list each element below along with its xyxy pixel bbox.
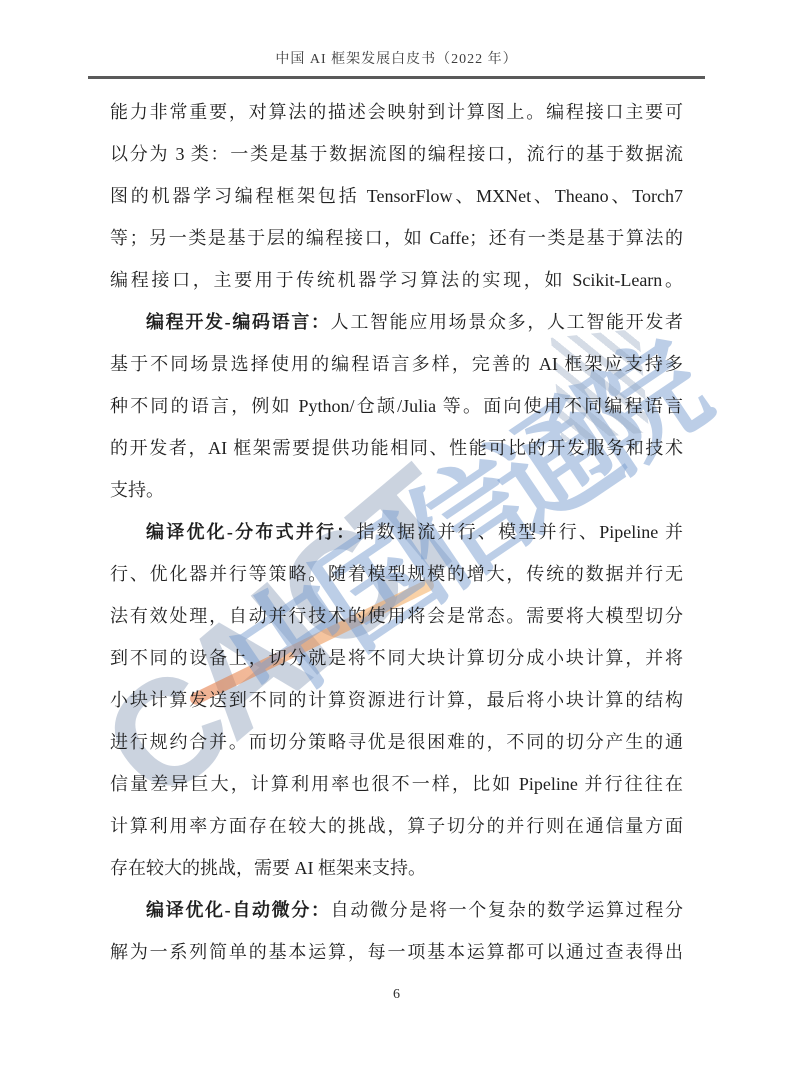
document-page: 中国 AI 框架发展白皮书（2022 年） CAICT 中国信通院 能力非常重要… xyxy=(0,0,793,1077)
body-line: 编译优化-自动微分：自动微分是将一个复杂的数学运算过程分 xyxy=(110,889,683,931)
body-line: 基于不同场景选择使用的编程语言多样，完善的 AI 框架应支持多 xyxy=(110,343,683,385)
body-line: 的开发者，AI 框架需要提供功能相同、性能可比的开发服务和技术 xyxy=(110,427,683,469)
header-rule xyxy=(88,76,705,79)
body-line-text: 人工智能应用场景众多，人工智能开发者 xyxy=(331,312,683,332)
body-line: 法有效处理，自动并行技术的使用将会是常态。需要将大模型切分 xyxy=(110,595,683,637)
body-line-text: 自动微分是将一个复杂的数学运算过程分 xyxy=(331,900,683,920)
body-line: 以分为 3 类：一类是基于数据流图的编程接口，流行的基于数据流 xyxy=(110,133,683,175)
body-line: 图的机器学习编程框架包括 TensorFlow、MXNet、Theano、Tor… xyxy=(110,175,683,217)
body-line: 计算利用率方面存在较大的挑战，算子切分的并行则在通信量方面 xyxy=(110,805,683,847)
paragraph-lead: 编程开发-编码语言： xyxy=(146,312,331,332)
body-line: 存在较大的挑战，需要 AI 框架来支持。 xyxy=(110,847,683,889)
page-number: 6 xyxy=(0,987,793,1003)
body-line: 编程接口，主要用于传统机器学习算法的实现，如 Scikit-Learn。 xyxy=(110,259,683,301)
body-line: 进行规约合并。而切分策略寻优是很困难的，不同的切分产生的通 xyxy=(110,721,683,763)
body-line: 信量差异巨大，计算利用率也很不一样，比如 Pipeline 并行往往在 xyxy=(110,763,683,805)
body-line: 小块计算发送到不同的计算资源进行计算，最后将小块计算的结构 xyxy=(110,679,683,721)
body-text: 能力非常重要，对算法的描述会映射到计算图上。编程接口主要可 以分为 3 类：一类… xyxy=(110,91,683,973)
body-line: 编译优化-分布式并行：指数据流并行、模型并行、Pipeline 并 xyxy=(110,511,683,553)
body-line-text: 指数据流并行、模型并行、Pipeline 并 xyxy=(357,522,683,542)
paragraph-lead: 编译优化-分布式并行： xyxy=(146,522,357,542)
paragraph-lead: 编译优化-自动微分： xyxy=(146,900,331,920)
body-line: 行、优化器并行等策略。随着模型规模的增大，传统的数据并行无 xyxy=(110,553,683,595)
body-line: 编程开发-编码语言：人工智能应用场景众多，人工智能开发者 xyxy=(110,301,683,343)
body-line: 等；另一类是基于层的编程接口，如 Caffe；还有一类是基于算法的 xyxy=(110,217,683,259)
body-line: 能力非常重要，对算法的描述会映射到计算图上。编程接口主要可 xyxy=(110,91,683,133)
body-line: 种不同的语言，例如 Python/仓颉/Julia 等。面向使用不同编程语言 xyxy=(110,385,683,427)
body-line: 支持。 xyxy=(110,469,683,511)
body-line: 解为一系列简单的基本运算，每一项基本运算都可以通过查表得出 xyxy=(110,931,683,973)
header-title: 中国 AI 框架发展白皮书（2022 年） xyxy=(0,48,793,68)
body-line: 到不同的设备上，切分就是将不同大块计算切分成小块计算，并将 xyxy=(110,637,683,679)
